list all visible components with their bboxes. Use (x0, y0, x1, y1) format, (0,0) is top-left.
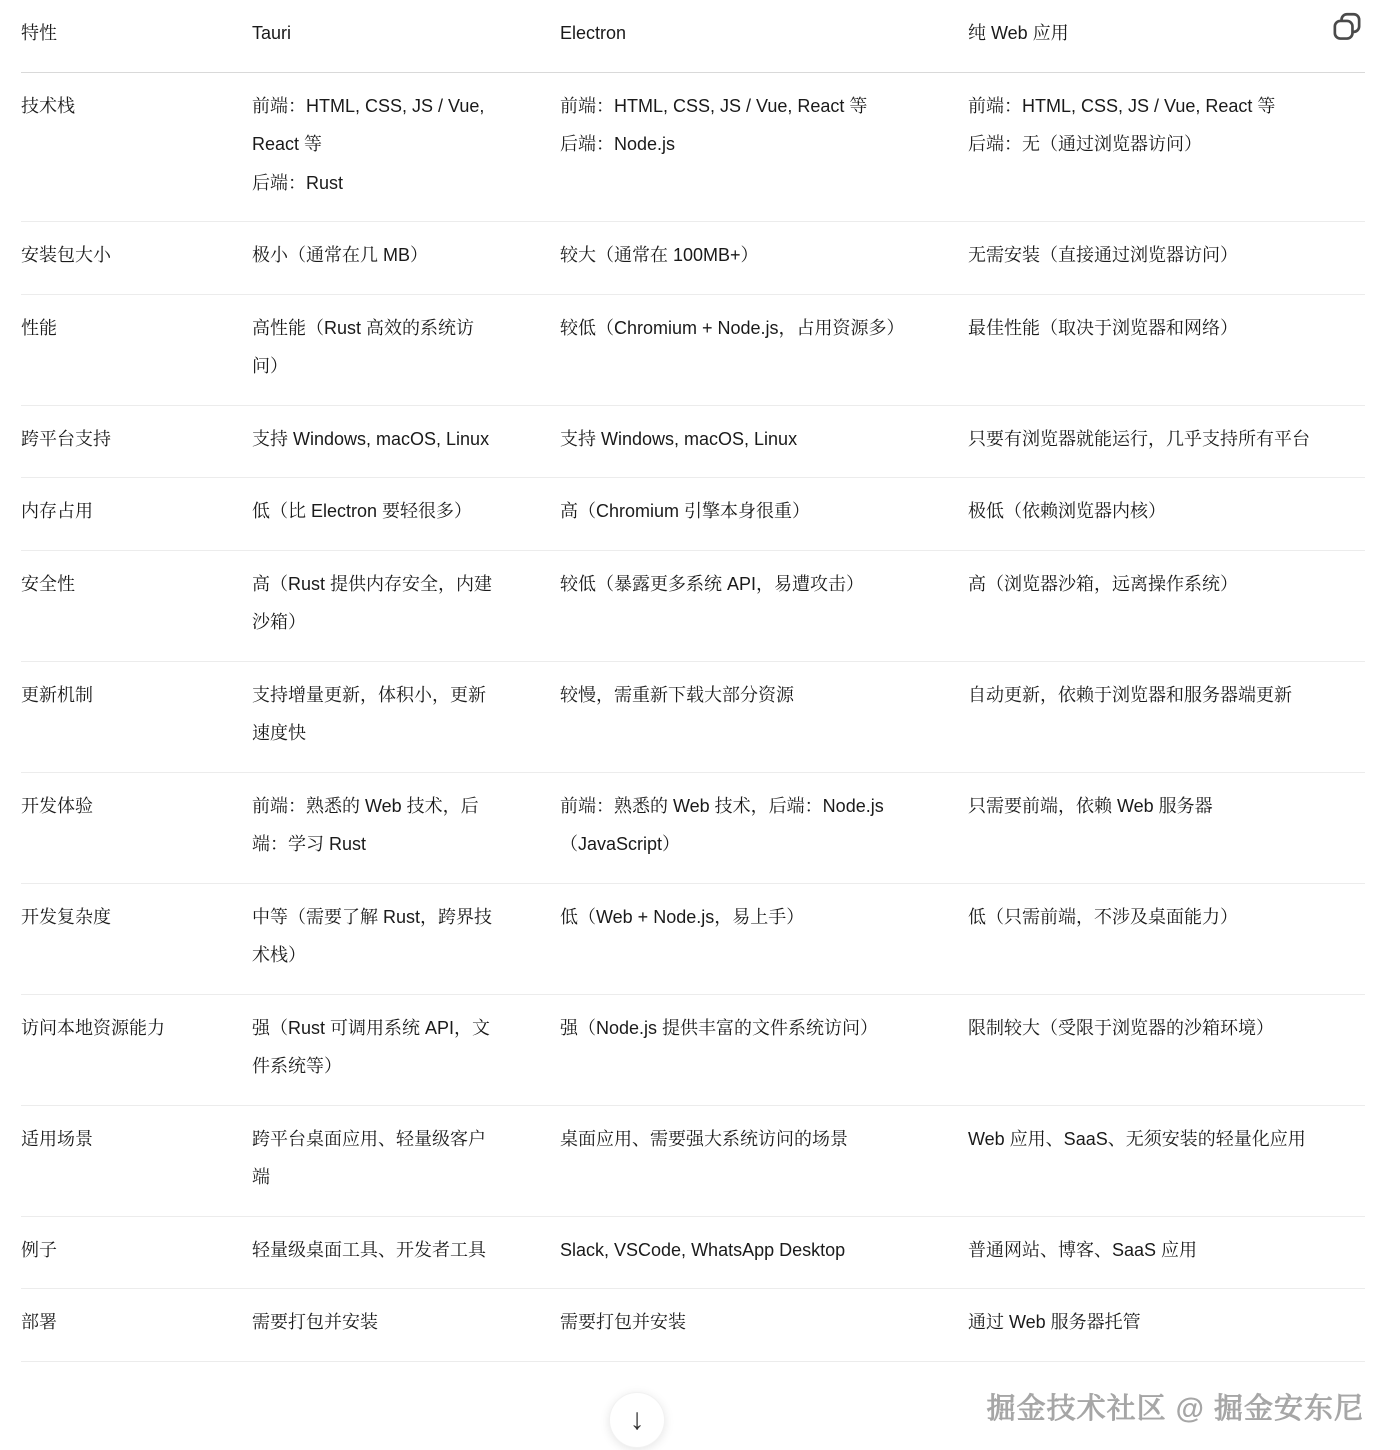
cell-text-line: 高性能（Rust 高效的系统访问） (252, 309, 500, 386)
table-cell: 自动更新，依赖于浏览器和服务器端更新 (968, 661, 1365, 772)
table-row: 更新机制支持增量更新，体积小，更新速度快较慢，需重新下载大部分资源自动更新，依赖… (21, 661, 1365, 772)
row-feature-label: 更新机制 (21, 661, 252, 772)
cell-text-line: 较大（通常在 100MB+） (560, 236, 910, 275)
cell-text-line: 只要有浏览器就能运行，几乎支持所有平台 (968, 420, 1337, 459)
copy-icon (1330, 10, 1364, 44)
column-header-tauri: Tauri (252, 0, 560, 72)
cell-text-line: 支持 Windows, macOS, Linux (560, 420, 910, 459)
cell-text-line: 支持 Windows, macOS, Linux (252, 420, 500, 459)
cell-text-line: 轻量级桌面工具、开发者工具 (252, 1231, 500, 1270)
table-cell: 强（Node.js 提供丰富的文件系统访问） (560, 994, 968, 1105)
table-row: 开发体验前端：熟悉的 Web 技术，后端：学习 Rust前端：熟悉的 Web 技… (21, 772, 1365, 883)
watermark-text: 掘金技术社区 @ 掘金安东尼 (987, 1386, 1364, 1427)
cell-text-line: 较慢，需重新下载大部分资源 (560, 676, 910, 715)
table-cell: 低（比 Electron 要轻很多） (252, 478, 560, 551)
table-cell: 极小（通常在几 MB） (252, 222, 560, 295)
article-page: 特性 Tauri Electron 纯 Web 应用 技术栈前端：HTML, C… (0, 0, 1400, 1450)
cell-text-line: 自动更新，依赖于浏览器和服务器端更新 (968, 676, 1337, 715)
cell-text-line: 需要打包并安装 (560, 1303, 910, 1342)
table-cell: 需要打包并安装 (252, 1289, 560, 1362)
cell-text-line: 前端：熟悉的 Web 技术，后端：Node.js（JavaScript） (560, 787, 910, 864)
table-cell: 前端：HTML, CSS, JS / Vue, React 等后端：Rust (252, 72, 560, 222)
table-cell: 高（Chromium 引擎本身很重） (560, 478, 968, 551)
cell-text-line: 强（Rust 可调用系统 API，文件系统等） (252, 1009, 500, 1086)
row-feature-label: 性能 (21, 294, 252, 405)
table-cell: 轻量级桌面工具、开发者工具 (252, 1216, 560, 1289)
copy-table-button[interactable] (1330, 10, 1364, 44)
table-cell: 跨平台桌面应用、轻量级客户端 (252, 1105, 560, 1216)
cell-text-line: 较低（暴露更多系统 API，易遭攻击） (560, 565, 910, 604)
table-cell: 极低（依赖浏览器内核） (968, 478, 1365, 551)
table-cell: 高性能（Rust 高效的系统访问） (252, 294, 560, 405)
table-row: 性能高性能（Rust 高效的系统访问）较低（Chromium + Node.js… (21, 294, 1365, 405)
cell-text-line: 极低（依赖浏览器内核） (968, 492, 1337, 531)
download-arrow-icon: ↓ (630, 1403, 645, 1437)
table-cell: 无需安装（直接通过浏览器访问） (968, 222, 1365, 295)
table-cell: 限制较大（受限于浏览器的沙箱环境） (968, 994, 1365, 1105)
cell-text-line: 限制较大（受限于浏览器的沙箱环境） (968, 1009, 1337, 1048)
table-cell: 支持增量更新，体积小，更新速度快 (252, 661, 560, 772)
table-cell: 桌面应用、需要强大系统访问的场景 (560, 1105, 968, 1216)
cell-text-line: 较低（Chromium + Node.js，占用资源多） (560, 309, 910, 348)
cell-text-line: 中等（需要了解 Rust，跨界技术栈） (252, 898, 500, 975)
column-header-electron: Electron (560, 0, 968, 72)
column-header-pure-web: 纯 Web 应用 (968, 0, 1365, 72)
download-button[interactable]: ↓ (609, 1392, 665, 1448)
table-cell: 低（只需前端，不涉及桌面能力） (968, 883, 1365, 994)
table-cell: 高（Rust 提供内存安全，内建沙箱） (252, 550, 560, 661)
row-feature-label: 开发体验 (21, 772, 252, 883)
table-cell: 前端：熟悉的 Web 技术，后端：学习 Rust (252, 772, 560, 883)
cell-text-line: 后端：无（通过浏览器访问） (968, 125, 1337, 164)
table-cell: 中等（需要了解 Rust，跨界技术栈） (252, 883, 560, 994)
cell-text-line: 前端：HTML, CSS, JS / Vue, React 等 (252, 87, 500, 164)
table-cell: 较低（暴露更多系统 API，易遭攻击） (560, 550, 968, 661)
table-cell: 需要打包并安装 (560, 1289, 968, 1362)
table-cell: Slack, VSCode, WhatsApp Desktop (560, 1216, 968, 1289)
table-cell: 通过 Web 服务器托管 (968, 1289, 1365, 1362)
table-row: 部署需要打包并安装需要打包并安装通过 Web 服务器托管 (21, 1289, 1365, 1362)
row-feature-label: 内存占用 (21, 478, 252, 551)
comparison-table: 特性 Tauri Electron 纯 Web 应用 技术栈前端：HTML, C… (21, 0, 1365, 1362)
table-row: 安装包大小极小（通常在几 MB）较大（通常在 100MB+）无需安装（直接通过浏… (21, 222, 1365, 295)
cell-text-line: 极小（通常在几 MB） (252, 236, 500, 275)
table-cell: 较低（Chromium + Node.js，占用资源多） (560, 294, 968, 405)
table-row: 跨平台支持支持 Windows, macOS, Linux支持 Windows,… (21, 405, 1365, 478)
cell-text-line: 无需安装（直接通过浏览器访问） (968, 236, 1337, 275)
cell-text-line: 普通网站、博客、SaaS 应用 (968, 1231, 1337, 1270)
table-cell: 较大（通常在 100MB+） (560, 222, 968, 295)
cell-text-line: 只需要前端，依赖 Web 服务器 (968, 787, 1337, 826)
table-cell: 只要有浏览器就能运行，几乎支持所有平台 (968, 405, 1365, 478)
cell-text-line: 通过 Web 服务器托管 (968, 1303, 1337, 1342)
table-header-row: 特性 Tauri Electron 纯 Web 应用 (21, 0, 1365, 72)
row-feature-label: 安全性 (21, 550, 252, 661)
table-row: 访问本地资源能力强（Rust 可调用系统 API，文件系统等）强（Node.js… (21, 994, 1365, 1105)
row-feature-label: 访问本地资源能力 (21, 994, 252, 1105)
table-cell: 前端：HTML, CSS, JS / Vue, React 等后端：Node.j… (560, 72, 968, 222)
cell-text-line: 支持增量更新，体积小，更新速度快 (252, 676, 500, 753)
cell-text-line: 前端：熟悉的 Web 技术，后端：学习 Rust (252, 787, 500, 864)
cell-text-line: 低（只需前端，不涉及桌面能力） (968, 898, 1337, 937)
cell-text-line: 前端：HTML, CSS, JS / Vue, React 等 (968, 87, 1337, 126)
table-row: 开发复杂度中等（需要了解 Rust，跨界技术栈）低（Web + Node.js，… (21, 883, 1365, 994)
row-feature-label: 跨平台支持 (21, 405, 252, 478)
cell-text-line: 最佳性能（取决于浏览器和网络） (968, 309, 1337, 348)
row-feature-label: 安装包大小 (21, 222, 252, 295)
table-cell: 强（Rust 可调用系统 API，文件系统等） (252, 994, 560, 1105)
column-header-feature: 特性 (21, 0, 252, 72)
cell-text-line: 跨平台桌面应用、轻量级客户端 (252, 1120, 500, 1197)
table-cell: 较慢，需重新下载大部分资源 (560, 661, 968, 772)
cell-text-line: 桌面应用、需要强大系统访问的场景 (560, 1120, 910, 1159)
table-cell: 低（Web + Node.js，易上手） (560, 883, 968, 994)
row-feature-label: 例子 (21, 1216, 252, 1289)
cell-text-line: 低（Web + Node.js，易上手） (560, 898, 910, 937)
table-cell: 支持 Windows, macOS, Linux (252, 405, 560, 478)
table-cell: 前端：熟悉的 Web 技术，后端：Node.js（JavaScript） (560, 772, 968, 883)
cell-text-line: 前端：HTML, CSS, JS / Vue, React 等 (560, 87, 910, 126)
row-feature-label: 技术栈 (21, 72, 252, 222)
comparison-table-body: 技术栈前端：HTML, CSS, JS / Vue, React 等后端：Rus… (21, 72, 1365, 1361)
table-cell: Web 应用、SaaS、无须安装的轻量化应用 (968, 1105, 1365, 1216)
table-cell: 只需要前端，依赖 Web 服务器 (968, 772, 1365, 883)
table-row: 内存占用低（比 Electron 要轻很多）高（Chromium 引擎本身很重）… (21, 478, 1365, 551)
table-cell: 最佳性能（取决于浏览器和网络） (968, 294, 1365, 405)
cell-text-line: 需要打包并安装 (252, 1303, 500, 1342)
cell-text-line: 后端：Node.js (560, 125, 910, 164)
table-cell: 普通网站、博客、SaaS 应用 (968, 1216, 1365, 1289)
cell-text-line: Web 应用、SaaS、无须安装的轻量化应用 (968, 1120, 1337, 1159)
cell-text-line: 高（浏览器沙箱，远离操作系统） (968, 565, 1337, 604)
table-cell: 前端：HTML, CSS, JS / Vue, React 等后端：无（通过浏览… (968, 72, 1365, 222)
cell-text-line: 后端：Rust (252, 164, 500, 203)
table-row: 安全性高（Rust 提供内存安全，内建沙箱）较低（暴露更多系统 API，易遭攻击… (21, 550, 1365, 661)
row-feature-label: 适用场景 (21, 1105, 252, 1216)
table-row: 适用场景跨平台桌面应用、轻量级客户端桌面应用、需要强大系统访问的场景Web 应用… (21, 1105, 1365, 1216)
cell-text-line: 低（比 Electron 要轻很多） (252, 492, 500, 531)
table-cell: 高（浏览器沙箱，远离操作系统） (968, 550, 1365, 661)
row-feature-label: 部署 (21, 1289, 252, 1362)
cell-text-line: 高（Chromium 引擎本身很重） (560, 492, 910, 531)
row-feature-label: 开发复杂度 (21, 883, 252, 994)
cell-text-line: 高（Rust 提供内存安全，内建沙箱） (252, 565, 500, 642)
cell-text-line: 强（Node.js 提供丰富的文件系统访问） (560, 1009, 910, 1048)
table-row: 例子轻量级桌面工具、开发者工具Slack, VSCode, WhatsApp D… (21, 1216, 1365, 1289)
table-cell: 支持 Windows, macOS, Linux (560, 405, 968, 478)
table-row: 技术栈前端：HTML, CSS, JS / Vue, React 等后端：Rus… (21, 72, 1365, 222)
cell-text-line: Slack, VSCode, WhatsApp Desktop (560, 1231, 910, 1270)
